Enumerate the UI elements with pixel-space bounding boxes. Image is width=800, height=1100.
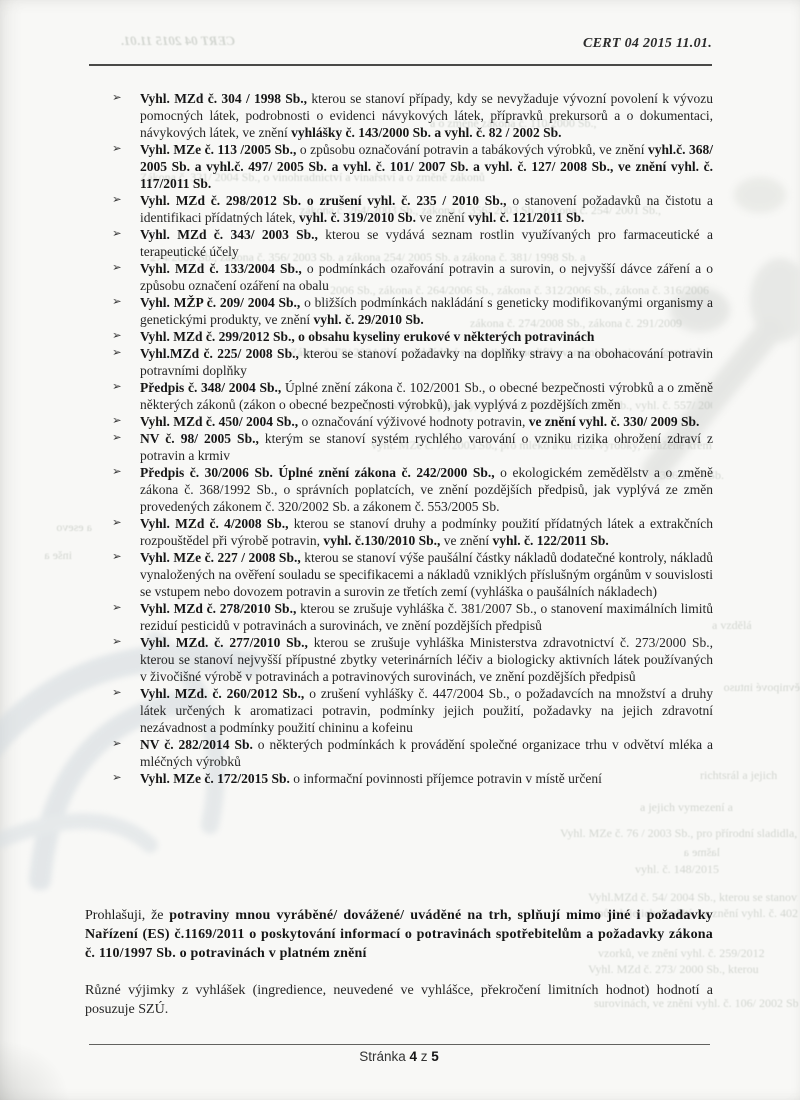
regulation-text: Předpis č. 348/ 2004 Sb., Úplné znění zá… — [140, 380, 713, 412]
regulation-text: NV č. 282/2014 Sb. o některých podmínkác… — [140, 737, 713, 769]
regulation-list-item: ➢Vyhl. MZd č. 298/2012 Sb. o zrušení vyh… — [85, 192, 713, 226]
regulation-text: Vyhl. MŽP č. 209/ 2004 Sb., o bližších p… — [140, 295, 713, 327]
regulation-text: Vyhl. MZd. č. 260/2012 Sb., o zrušení vy… — [140, 686, 713, 735]
bold-text-run: Vyhl. MŽP č. 209/ 2004 Sb., — [140, 295, 300, 310]
bold-text-run: vyhl. č. 319/2010 Sb. — [299, 210, 416, 225]
arrow-bullet-icon: ➢ — [112, 685, 122, 702]
document-code-header: CERT 04 2015 11.01. — [583, 36, 712, 52]
bold-text-run: Vyhl. MZd č. 299/2012 Sb., o obsahu kyse… — [140, 329, 594, 344]
bold-text-run: Vyhl. MZd č. 343/ 2003 Sb., — [140, 227, 318, 242]
arrow-bullet-icon: ➢ — [112, 736, 122, 753]
regulation-text: Vyhl.MZd č. 225/ 2008 Sb., kterou se sta… — [140, 346, 713, 378]
regulation-list-item: ➢Vyhl. MZd č. 343/ 2003 Sb., kterou se v… — [85, 226, 713, 260]
bold-text-run: Vyhl. MZd č. 298/2012 Sb. o zrušení vyhl… — [140, 193, 507, 208]
declaration-paragraph: Prohlašuji, že potraviny mnou vyráběné/ … — [85, 906, 713, 963]
regulation-text: Vyhl. MZd č. 343/ 2003 Sb., kterou se vy… — [140, 227, 713, 259]
bold-text-run: NV č. 282/2014 Sb. — [140, 737, 253, 752]
text-run: ve znění — [440, 533, 492, 548]
text-run: ve znění — [416, 210, 468, 225]
text-run: o způsobu označování potravin a tabákový… — [296, 142, 648, 157]
bold-text-run: Předpis č. 348/ 2004 Sb., — [140, 380, 281, 395]
bold-text-run: 5 — [431, 1049, 439, 1064]
header-rule — [89, 64, 712, 66]
regulation-text: Vyhl. MZd č. 304 / 1998 Sb., kterou se s… — [140, 91, 713, 140]
footer-rule — [89, 1044, 710, 1045]
regulation-list-item: ➢Vyhl. MZd č. 278/2010 Sb., kterou se zr… — [85, 600, 713, 634]
text-run: z — [417, 1049, 431, 1064]
bold-text-run: Vyhl. MZd. č. 260/2012 Sb., — [140, 686, 304, 701]
regulation-text: Vyhl. MZe č. 227 / 2008 Sb., kterou se s… — [140, 550, 713, 599]
regulation-list-item: ➢Vyhl. MZd č. 304 / 1998 Sb., kterou se … — [85, 90, 713, 141]
regulation-list-item: ➢Vyhl. MZe č. 113 /2005 Sb., o způsobu o… — [85, 141, 713, 192]
text-run: o označování výživové hodnoty potravin, — [298, 414, 529, 429]
regulation-list-item: ➢NV č. 98/ 2005 Sb., kterým se stanoví s… — [85, 430, 713, 464]
regulation-text: Vyhl. MZd č. 278/2010 Sb., kterou se zru… — [140, 601, 713, 633]
bold-text-run: Vyhl. MZd. č. 277/2010 Sb., — [140, 635, 308, 650]
regulation-text: Vyhl. MZd č. 4/2008 Sb., kterou se stano… — [140, 516, 713, 548]
arrow-bullet-icon: ➢ — [112, 328, 122, 345]
regulation-list-item: ➢Vyhl. MŽP č. 209/ 2004 Sb., o bližších … — [85, 294, 713, 328]
bold-text-run: vyhlášky č. 143/2000 Sb. a vyhl. č. 82 /… — [291, 125, 561, 140]
bold-text-run: Vyhl. MZe č. 227 / 2008 Sb., — [140, 550, 301, 565]
bold-text-run: Vyhl. MZe č. 113 /2005 Sb., — [140, 142, 296, 157]
arrow-bullet-icon: ➢ — [112, 141, 122, 158]
regulation-text: Vyhl. MZd č. 298/2012 Sb. o zrušení vyhl… — [140, 193, 713, 225]
regulation-text: Předpis č. 30/2006 Sb. Úplné znění zákon… — [140, 465, 713, 514]
arrow-bullet-icon: ➢ — [112, 192, 122, 209]
scanned-document-page: CERT 04 2015 11.01.a o změně zákona č. 1… — [0, 0, 800, 1100]
regulation-text: Vyhl. MZd č. 450/ 2004 Sb., o označování… — [140, 414, 699, 429]
regulation-list-item: ➢Vyhl. MZe č. 172/2015 Sb. o informační … — [85, 770, 713, 787]
arrow-bullet-icon: ➢ — [112, 345, 122, 362]
exceptions-note: Různé výjimky z vyhlášek (ingredience, n… — [85, 982, 713, 1019]
arrow-bullet-icon: ➢ — [112, 413, 122, 430]
arrow-bullet-icon: ➢ — [112, 294, 122, 311]
regulation-list-item: ➢Předpis č. 348/ 2004 Sb., Úplné znění z… — [85, 379, 713, 413]
regulation-text: Vyhl. MZd č. 133/2004 Sb., o podmínkách … — [140, 261, 713, 293]
arrow-bullet-icon: ➢ — [112, 600, 122, 617]
arrow-bullet-icon: ➢ — [112, 464, 122, 481]
bold-text-run: Vyhl. MZd č. 278/2010 Sb., — [140, 601, 296, 616]
bold-text-run: Vyhl. MZd č. 450/ 2004 Sb., — [140, 414, 298, 429]
regulation-list-item: ➢Vyhl. MZd. č. 260/2012 Sb., o zrušení v… — [85, 685, 713, 736]
regulation-list-item: ➢Vyhl. MZd č. 299/2012 Sb., o obsahu kys… — [85, 328, 713, 345]
regulation-list-item: ➢Vyhl. MZd č. 133/2004 Sb., o podmínkách… — [85, 260, 713, 294]
regulation-list: ➢Vyhl. MZd č. 304 / 1998 Sb., kterou se … — [85, 90, 713, 787]
text-run: Stránka — [359, 1049, 409, 1064]
arrow-bullet-icon: ➢ — [112, 226, 122, 243]
arrow-bullet-icon: ➢ — [112, 260, 122, 277]
regulation-list-item: ➢Vyhl. MZd č. 450/ 2004 Sb., o označován… — [85, 413, 713, 430]
regulation-list-item: ➢Předpis č. 30/2006 Sb. Úplné znění záko… — [85, 464, 713, 515]
regulation-text: Vyhl. MZe č. 172/2015 Sb. o informační p… — [140, 771, 602, 786]
bold-text-run: Vyhl. MZe č. 172/2015 Sb. — [140, 771, 290, 786]
arrow-bullet-icon: ➢ — [112, 770, 122, 787]
bold-text-run: Vyhl. MZd č. 4/2008 Sb., — [140, 516, 289, 531]
regulation-text: Vyhl. MZd. č. 277/2010 Sb., kterou se zr… — [140, 635, 713, 684]
regulation-text: Vyhl. MZd č. 299/2012 Sb., o obsahu kyse… — [140, 329, 594, 344]
arrow-bullet-icon: ➢ — [112, 430, 122, 447]
text-run: o informační povinnosti příjemce potravi… — [290, 771, 602, 786]
regulation-list-item: ➢Vyhl. MZd č. 4/2008 Sb., kterou se stan… — [85, 515, 713, 549]
regulation-list-item: ➢NV č. 282/2014 Sb. o některých podmínká… — [85, 736, 713, 770]
bold-text-run: vyhl. č. 122/2011 Sb. — [492, 533, 608, 548]
regulation-list-item: ➢Vyhl. MZe č. 227 / 2008 Sb., kterou se … — [85, 549, 713, 600]
page-number-footer: Stránka 4 z 5 — [85, 1049, 713, 1064]
bold-text-run: vyhl. č.130/2010 Sb., — [323, 533, 440, 548]
bold-text-run: Vyhl. MZd č. 304 / 1998 Sb., — [140, 91, 307, 106]
bold-text-run: ve znění vyhl. č. 330/ 2009 Sb. — [529, 414, 700, 429]
bold-text-run: Vyhl. MZd č. 133/2004 Sb., — [140, 261, 302, 276]
arrow-bullet-icon: ➢ — [112, 515, 122, 532]
bold-text-run: 4 — [409, 1049, 417, 1064]
page-content: CERT 04 2015 11.01. ➢Vyhl. MZd č. 304 / … — [0, 0, 800, 1100]
bold-text-run: vyhl. č. 29/2010 Sb. — [313, 312, 423, 327]
regulation-list-item: ➢Vyhl. MZd. č. 277/2010 Sb., kterou se z… — [85, 634, 713, 685]
regulation-text: Vyhl. MZe č. 113 /2005 Sb., o způsobu oz… — [140, 142, 713, 191]
regulation-text: NV č. 98/ 2005 Sb., kterým se stanoví sy… — [140, 431, 713, 463]
bold-text-run: potraviny mnou vyráběné/ dovážené/ uvádě… — [85, 908, 713, 961]
arrow-bullet-icon: ➢ — [112, 379, 122, 396]
arrow-bullet-icon: ➢ — [112, 549, 122, 566]
bold-text-run: NV č. 98/ 2005 Sb., — [140, 431, 259, 446]
bold-text-run: vyhl. č. 121/2011 Sb. — [468, 210, 584, 225]
text-run: Prohlašuji, že — [85, 908, 169, 923]
bold-text-run: Předpis č. 30/2006 Sb. Úplné znění zákon… — [140, 465, 495, 480]
arrow-bullet-icon: ➢ — [112, 90, 122, 107]
arrow-bullet-icon: ➢ — [112, 634, 122, 651]
regulation-list-item: ➢Vyhl.MZd č. 225/ 2008 Sb., kterou se st… — [85, 345, 713, 379]
bold-text-run: Vyhl.MZd č. 225/ 2008 Sb., — [140, 346, 299, 361]
